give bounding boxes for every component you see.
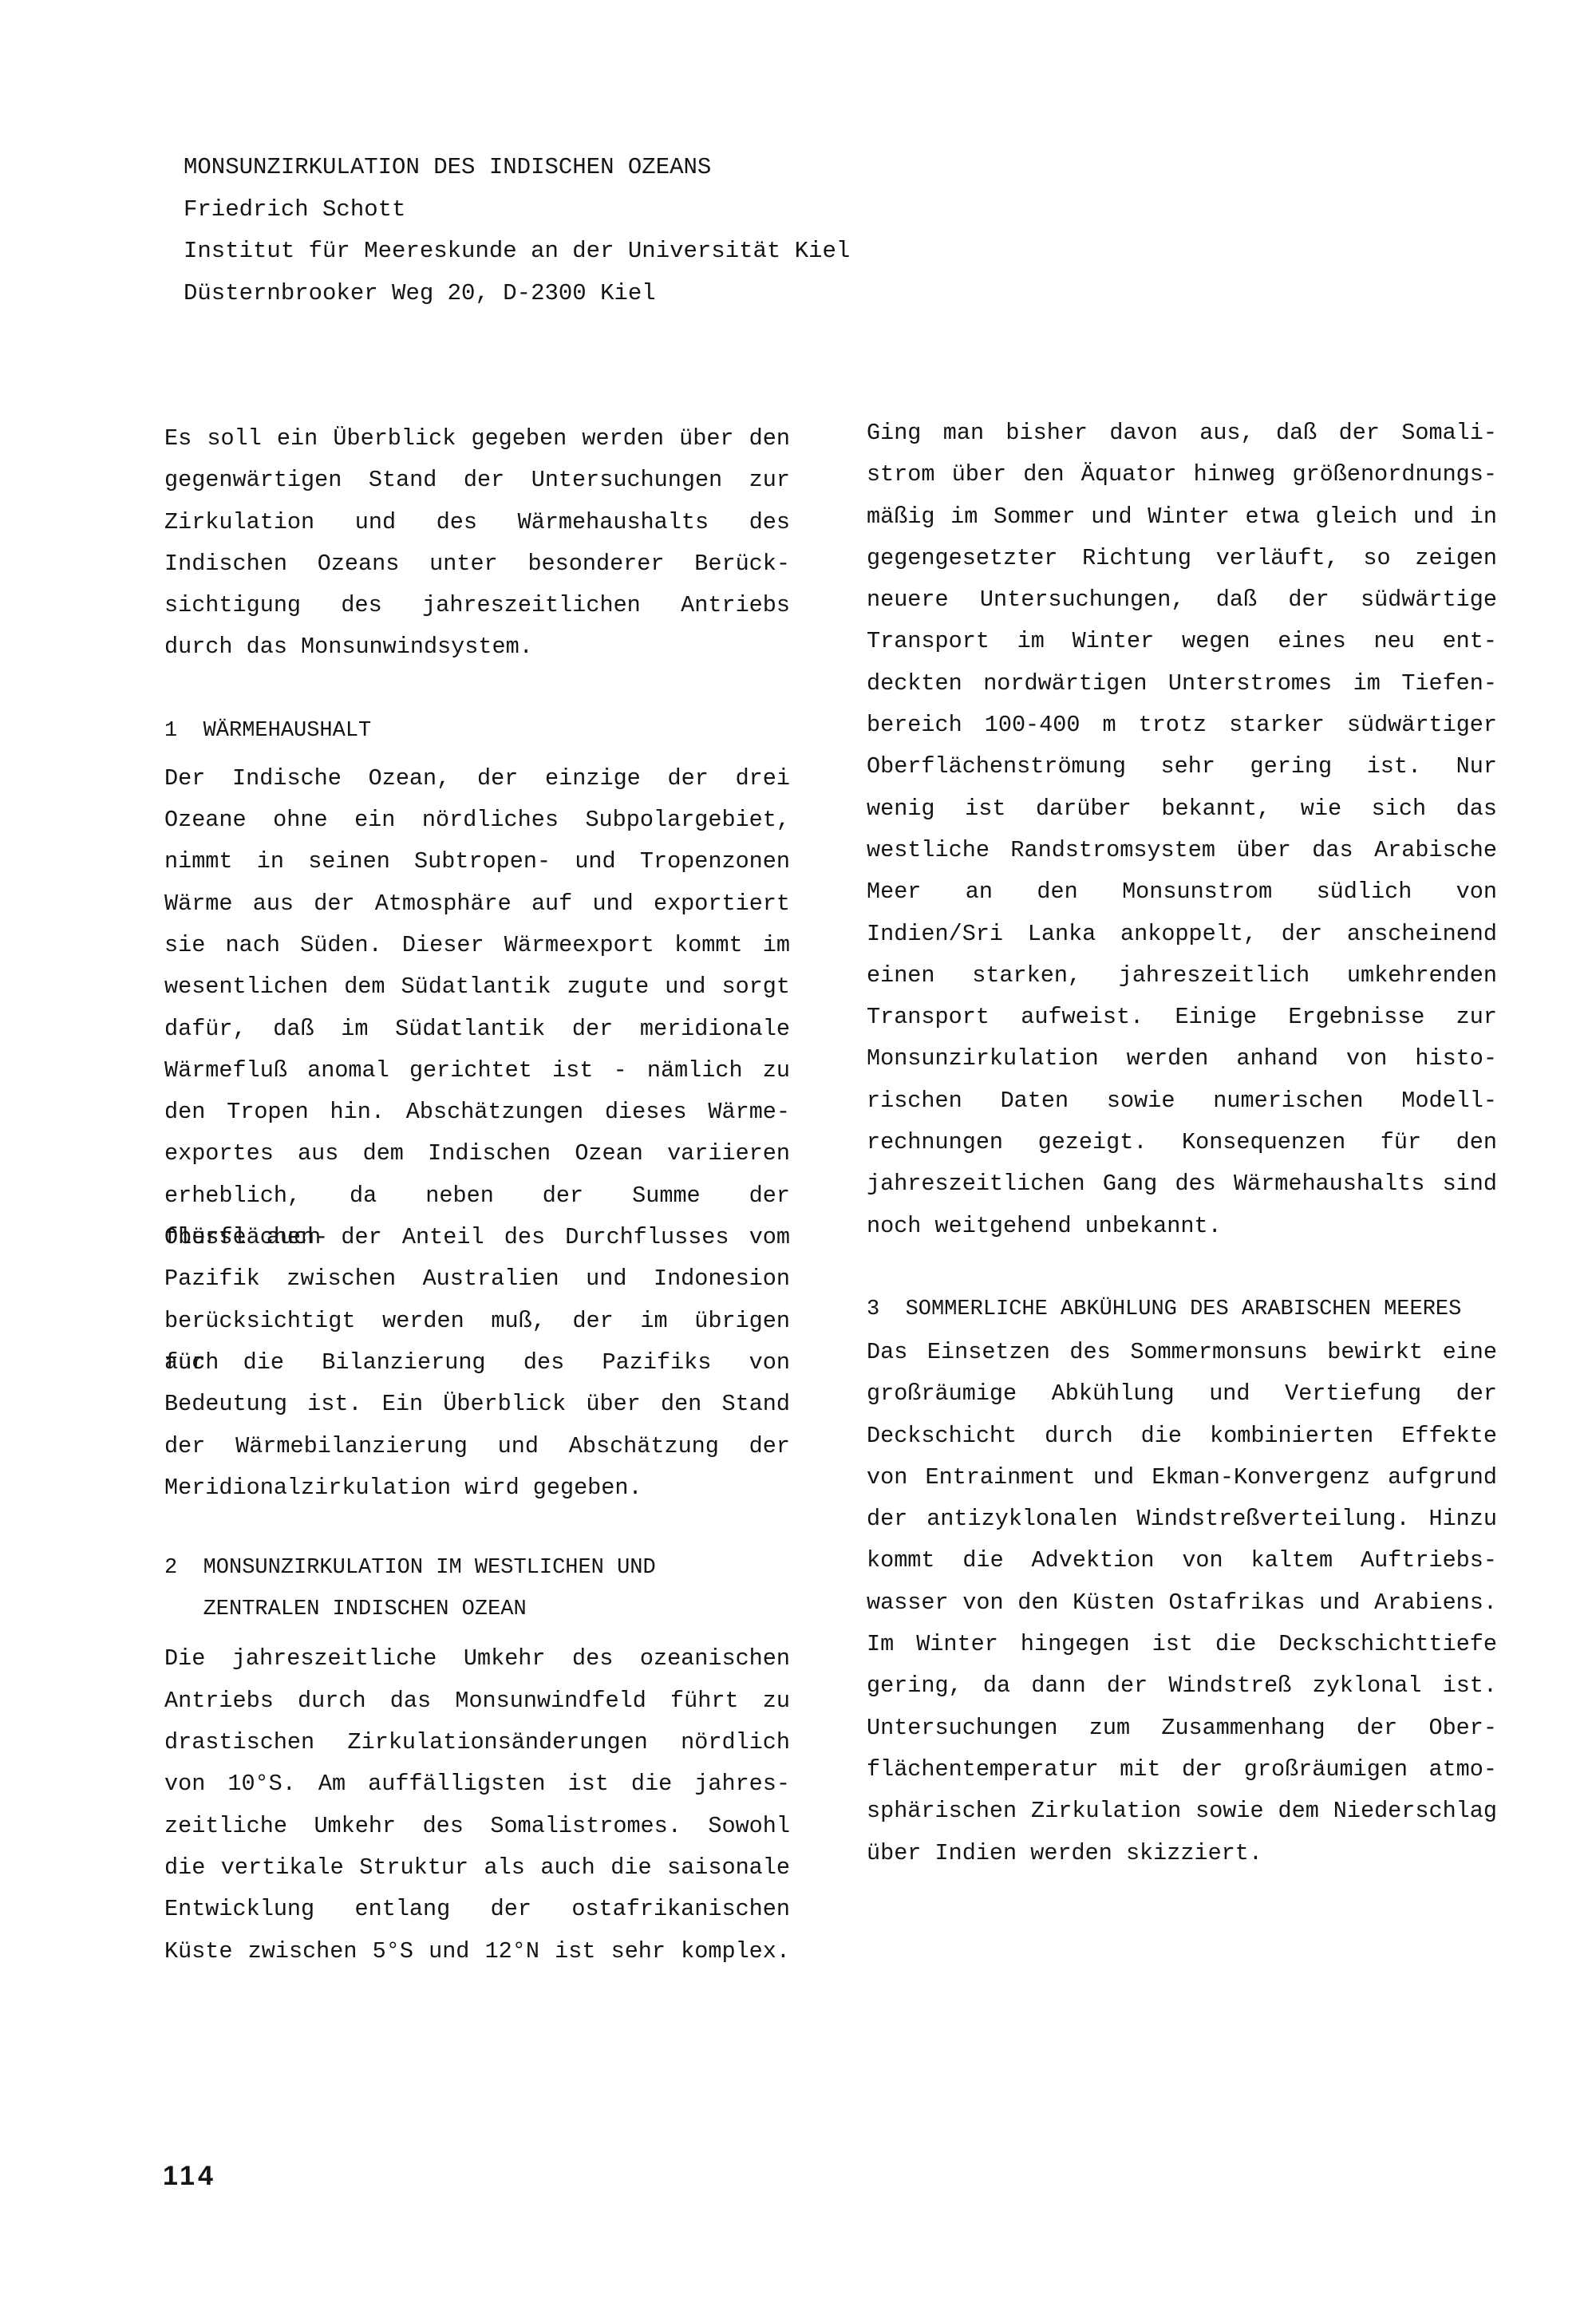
text-line: neuere Untersuchungen, daß der südwärtig…: [867, 579, 1497, 621]
section2-continued-paragraph: Ging man bisher davon aus, daß der Somal…: [867, 413, 1497, 1247]
left-column: Es soll ein Überblick gegeben werden übe…: [164, 418, 790, 1972]
text-line: deckten nordwärtigen Unterstromes im Tie…: [867, 663, 1497, 705]
section-heading-2-cont: ZENTRALEN INDISCHEN OZEAN: [164, 1589, 790, 1638]
author-name: Friedrich Schott: [184, 189, 850, 231]
text-line: Pazifik zwischen Australien und Indonesi…: [164, 1258, 790, 1300]
section-heading-1: 1 WÄRMEHAUSHALT: [164, 710, 790, 758]
text-line: Der Indische Ozean, der einzige der drei: [164, 758, 790, 800]
text-line: der antizyklonalen Windstreßverteilung. …: [867, 1499, 1497, 1540]
text-line: strom über den Äquator hinweg größenordn…: [867, 454, 1497, 496]
spacer: [867, 1247, 1497, 1289]
text-line: Im Winter hingegen ist die Deckschichtti…: [867, 1624, 1497, 1665]
text-line: Indischen Ozeans unter besonderer Berück…: [164, 543, 790, 585]
text-line: Indien/Sri Lanka ankoppelt, der anschein…: [867, 914, 1497, 955]
spacer: [164, 1509, 790, 1547]
text-line: sie nach Süden. Dieser Wärmeexport kommt…: [164, 925, 790, 966]
intro-paragraph: Es soll ein Überblick gegeben werden übe…: [164, 418, 790, 669]
section-heading-2: 2 MONSUNZIRKULATION IM WESTLICHEN UND: [164, 1547, 790, 1589]
author-address: Düsternbrooker Weg 20, D-2300 Kiel: [184, 273, 850, 315]
text-line: wasser von den Küsten Ostafrikas und Ara…: [867, 1582, 1497, 1624]
text-line: bereich 100-400 m trotz starker südwärti…: [867, 705, 1497, 746]
section2-paragraph: Die jahreszeitliche Umkehr des ozeanisch…: [164, 1638, 790, 1972]
text-line: sphärischen Zirkulation sowie dem Nieder…: [867, 1791, 1497, 1832]
text-line: der Wärmebilanzierung und Abschätzung de…: [164, 1426, 790, 1467]
spacer: [164, 669, 790, 710]
text-line: Transport im Winter wegen eines neu ent-: [867, 621, 1497, 662]
text-line: den Tropen hin. Abschätzungen dieses Wär…: [164, 1092, 790, 1133]
text-line: Entwicklung entlang der ostafrikanischen: [164, 1889, 790, 1930]
text-line: noch weitgehend unbekannt.: [867, 1206, 1497, 1247]
text-line: jahreszeitlichen Gang des Wärmehaushalts…: [867, 1163, 1497, 1205]
text-line: Meridionalzirkulation wird gegeben.: [164, 1467, 790, 1509]
text-line: exportes aus dem Indischen Ozean variier…: [164, 1133, 790, 1175]
section-heading-3: 3 SOMMERLICHE ABKÜHLUNG DES ARABISCHEN M…: [867, 1289, 1497, 1332]
text-line: gegenwärtigen Stand der Untersuchungen z…: [164, 460, 790, 501]
text-line: Transport aufweist. Einige Ergebnisse zu…: [867, 997, 1497, 1038]
text-line: flächentemperatur mit der großräumigen a…: [867, 1749, 1497, 1791]
text-line: drastischen Zirkulationsänderungen nördl…: [164, 1722, 790, 1763]
text-line: Untersuchungen zum Zusammenhang der Ober…: [867, 1708, 1497, 1749]
text-line: Die jahreszeitliche Umkehr des ozeanisch…: [164, 1638, 790, 1680]
author-institution: Institut für Meereskunde an der Universi…: [184, 231, 850, 273]
text-line: sichtigung des jahreszeitlichen Antriebs: [164, 585, 790, 626]
text-line: wenig ist darüber bekannt, wie sich das: [867, 788, 1497, 830]
text-line: Antriebs durch das Monsunwindfeld führt …: [164, 1680, 790, 1722]
section1-paragraph: Der Indische Ozean, der einzige der drei…: [164, 758, 790, 1509]
text-line: Küste zwischen 5°S und 12°N ist sehr kom…: [164, 1931, 790, 1972]
text-line: großräumige Abkühlung und Vertiefung der: [867, 1373, 1497, 1415]
text-line: flüsse auch der Anteil des Durchflusses …: [164, 1217, 790, 1258]
text-line: die vertikale Struktur als auch die sais…: [164, 1847, 790, 1889]
text-line: Deckschicht durch die kombinierten Effek…: [867, 1416, 1497, 1457]
text-line: über Indien werden skizziert.: [867, 1833, 1497, 1874]
text-line: rechnungen gezeigt. Konsequenzen für den: [867, 1122, 1497, 1163]
text-line: Das Einsetzen des Sommermonsuns bewirkt …: [867, 1332, 1497, 1373]
text-line: Wärme aus der Atmosphäre auf und exporti…: [164, 883, 790, 925]
right-column: Ging man bisher davon aus, daß der Somal…: [867, 413, 1497, 1874]
text-line: Bedeutung ist. Ein Überblick über den St…: [164, 1384, 790, 1425]
text-line: gegengesetzter Richtung verläuft, so zei…: [867, 538, 1497, 579]
text-line: von Entrainment und Ekman-Konvergenz auf…: [867, 1457, 1497, 1499]
text-line: durch das Monsunwindsystem.: [164, 626, 790, 668]
text-line: berücksichtigt werden muß, der im übrige…: [164, 1301, 790, 1342]
article-header: MONSUNZIRKULATION DES INDISCHEN OZEANS F…: [184, 147, 850, 314]
section3-paragraph: Das Einsetzen des Sommermonsuns bewirkt …: [867, 1332, 1497, 1874]
text-line: für die Bilanzierung des Pazifiks von: [164, 1342, 790, 1384]
text-line: kommt die Advektion von kaltem Auftriebs…: [867, 1540, 1497, 1581]
text-line: westliche Randstromsystem über das Arabi…: [867, 830, 1497, 871]
text-line: nimmt in seinen Subtropen- und Tropenzon…: [164, 841, 790, 883]
text-line: Meer an den Monsunstrom südlich von: [867, 871, 1497, 913]
text-line: mäßig im Sommer und Winter etwa gleich u…: [867, 496, 1497, 538]
text-line: rischen Daten sowie numerischen Modell-: [867, 1080, 1497, 1122]
text-line: Es soll ein Überblick gegeben werden übe…: [164, 418, 790, 460]
text-line: dafür, daß im Südatlantik der meridional…: [164, 1009, 790, 1050]
text-line: gering, da dann der Windstreß zyklonal i…: [867, 1665, 1497, 1707]
text-line: Ozeane ohne ein nördliches Subpolargebie…: [164, 800, 790, 841]
text-line: von 10°S. Am auffälligsten ist die jahre…: [164, 1763, 790, 1805]
text-line: Zirkulation und des Wärmehaushalts des: [164, 502, 790, 543]
text-line: erheblich, da neben der Summe der Oberfl…: [164, 1175, 790, 1217]
text-line: Ging man bisher davon aus, daß der Somal…: [867, 413, 1497, 454]
article-title: MONSUNZIRKULATION DES INDISCHEN OZEANS: [184, 147, 850, 189]
text-line: Wärmefluß anomal gerichtet ist - nämlich…: [164, 1050, 790, 1092]
text-line: zeitliche Umkehr des Somalistromes. Sowo…: [164, 1806, 790, 1847]
text-line: wesentlichen dem Südatlantik zugute und …: [164, 966, 790, 1008]
text-line: Monsunzirkulation werden anhand von hist…: [867, 1038, 1497, 1080]
text-line: Oberflächenströmung sehr gering ist. Nur: [867, 746, 1497, 788]
text-line: einen starken, jahreszeitlich umkehrende…: [867, 955, 1497, 997]
page-number: 114: [163, 2161, 216, 2192]
